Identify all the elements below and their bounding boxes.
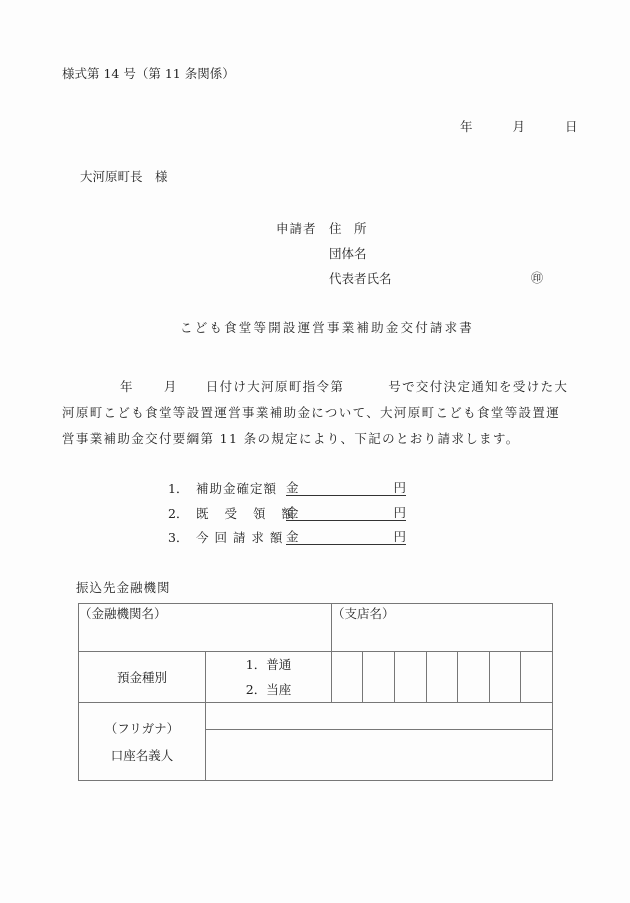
- holder-name-input-cell[interactable]: [206, 730, 553, 781]
- body-paragraph: 年月日付け大河原町指令第号で交付決定通知を受けた大河原町こども食堂等設置運営事業…: [62, 374, 572, 452]
- amount-label: 既 受 領 額: [196, 504, 286, 522]
- amount-prefix: 金: [286, 529, 299, 544]
- account-type-label: 預金種別: [79, 652, 206, 703]
- addressee: 大河原町長 様: [80, 167, 168, 185]
- amount-prefix: 金: [286, 480, 299, 495]
- holder-label: 口座名義人: [79, 742, 205, 769]
- bank-institution-cell[interactable]: （金融機関名）: [79, 604, 332, 652]
- account-digit-cell[interactable]: [427, 652, 458, 703]
- account-digit-cell[interactable]: [458, 652, 490, 703]
- body-year: 年: [120, 379, 134, 394]
- account-type-options[interactable]: 1．普通 2．当座: [206, 652, 332, 703]
- form-number: 様式第 14 号（第 11 条関係）: [62, 64, 235, 82]
- holder-label-cell: （フリガナ） 口座名義人: [79, 703, 206, 781]
- account-digit-cell[interactable]: [395, 652, 427, 703]
- institution-label: （金融機関名）: [79, 606, 167, 621]
- furigana-input-cell[interactable]: [206, 703, 553, 730]
- amount-list: 1． 補助金確定額 金 円 2． 既 受 領 額 金 円 3． 今 回 請 求 …: [168, 476, 406, 550]
- applicant-representative-label: 代表者氏名: [329, 269, 392, 287]
- amount-prefix: 金: [286, 505, 299, 520]
- account-digit-cell[interactable]: [521, 652, 553, 703]
- body-text-1: 日付け大河原町指令第: [206, 379, 345, 394]
- seal-icon: ㊞: [531, 269, 543, 286]
- date-year: 年: [460, 117, 473, 135]
- account-type-current[interactable]: 2．当座: [206, 677, 331, 702]
- account-digit-cell[interactable]: [490, 652, 521, 703]
- applicant-group-label: 団体名: [329, 244, 367, 262]
- date-month: 月: [512, 117, 525, 135]
- branch-label: （支店名）: [332, 606, 395, 621]
- amount-row-received: 2． 既 受 領 額 金 円: [168, 501, 406, 526]
- bank-heading: 振込先金融機関: [76, 578, 171, 596]
- amount-suffix: 円: [393, 529, 406, 544]
- date-line: 年 月 日: [460, 117, 577, 135]
- amount-field-received[interactable]: 金 円: [286, 505, 406, 521]
- amount-row-confirmed: 1． 補助金確定額 金 円: [168, 476, 406, 501]
- amount-label: 補助金確定額: [196, 479, 286, 497]
- amount-suffix: 円: [393, 505, 406, 520]
- bank-branch-cell[interactable]: （支店名）: [332, 604, 553, 652]
- account-digit-cell[interactable]: [332, 652, 363, 703]
- amount-number: 1．: [168, 479, 196, 497]
- amount-field-request[interactable]: 金 円: [286, 529, 406, 545]
- account-digit-cell[interactable]: [363, 652, 395, 703]
- date-day: 日: [565, 117, 578, 135]
- amount-suffix: 円: [393, 480, 406, 495]
- amount-field-confirmed[interactable]: 金 円: [286, 480, 406, 496]
- body-month: 月: [164, 379, 178, 394]
- amount-number: 2．: [168, 504, 196, 522]
- furigana-label: （フリガナ）: [79, 715, 205, 742]
- applicant-address-label: 住 所: [329, 219, 367, 237]
- amount-row-request: 3． 今 回 請 求 額 金 円: [168, 525, 406, 550]
- amount-number: 3．: [168, 528, 196, 546]
- amount-label: 今 回 請 求 額: [196, 528, 286, 546]
- document-title: こども食堂等開設運営事業補助金交付請求書: [180, 318, 474, 336]
- applicant-label: 申請者: [276, 219, 317, 237]
- account-type-ordinary[interactable]: 1．普通: [206, 652, 331, 677]
- bank-table: （金融機関名） （支店名） 預金種別 1．普通 2．当座 （フリガナ） 口座名義…: [78, 603, 553, 781]
